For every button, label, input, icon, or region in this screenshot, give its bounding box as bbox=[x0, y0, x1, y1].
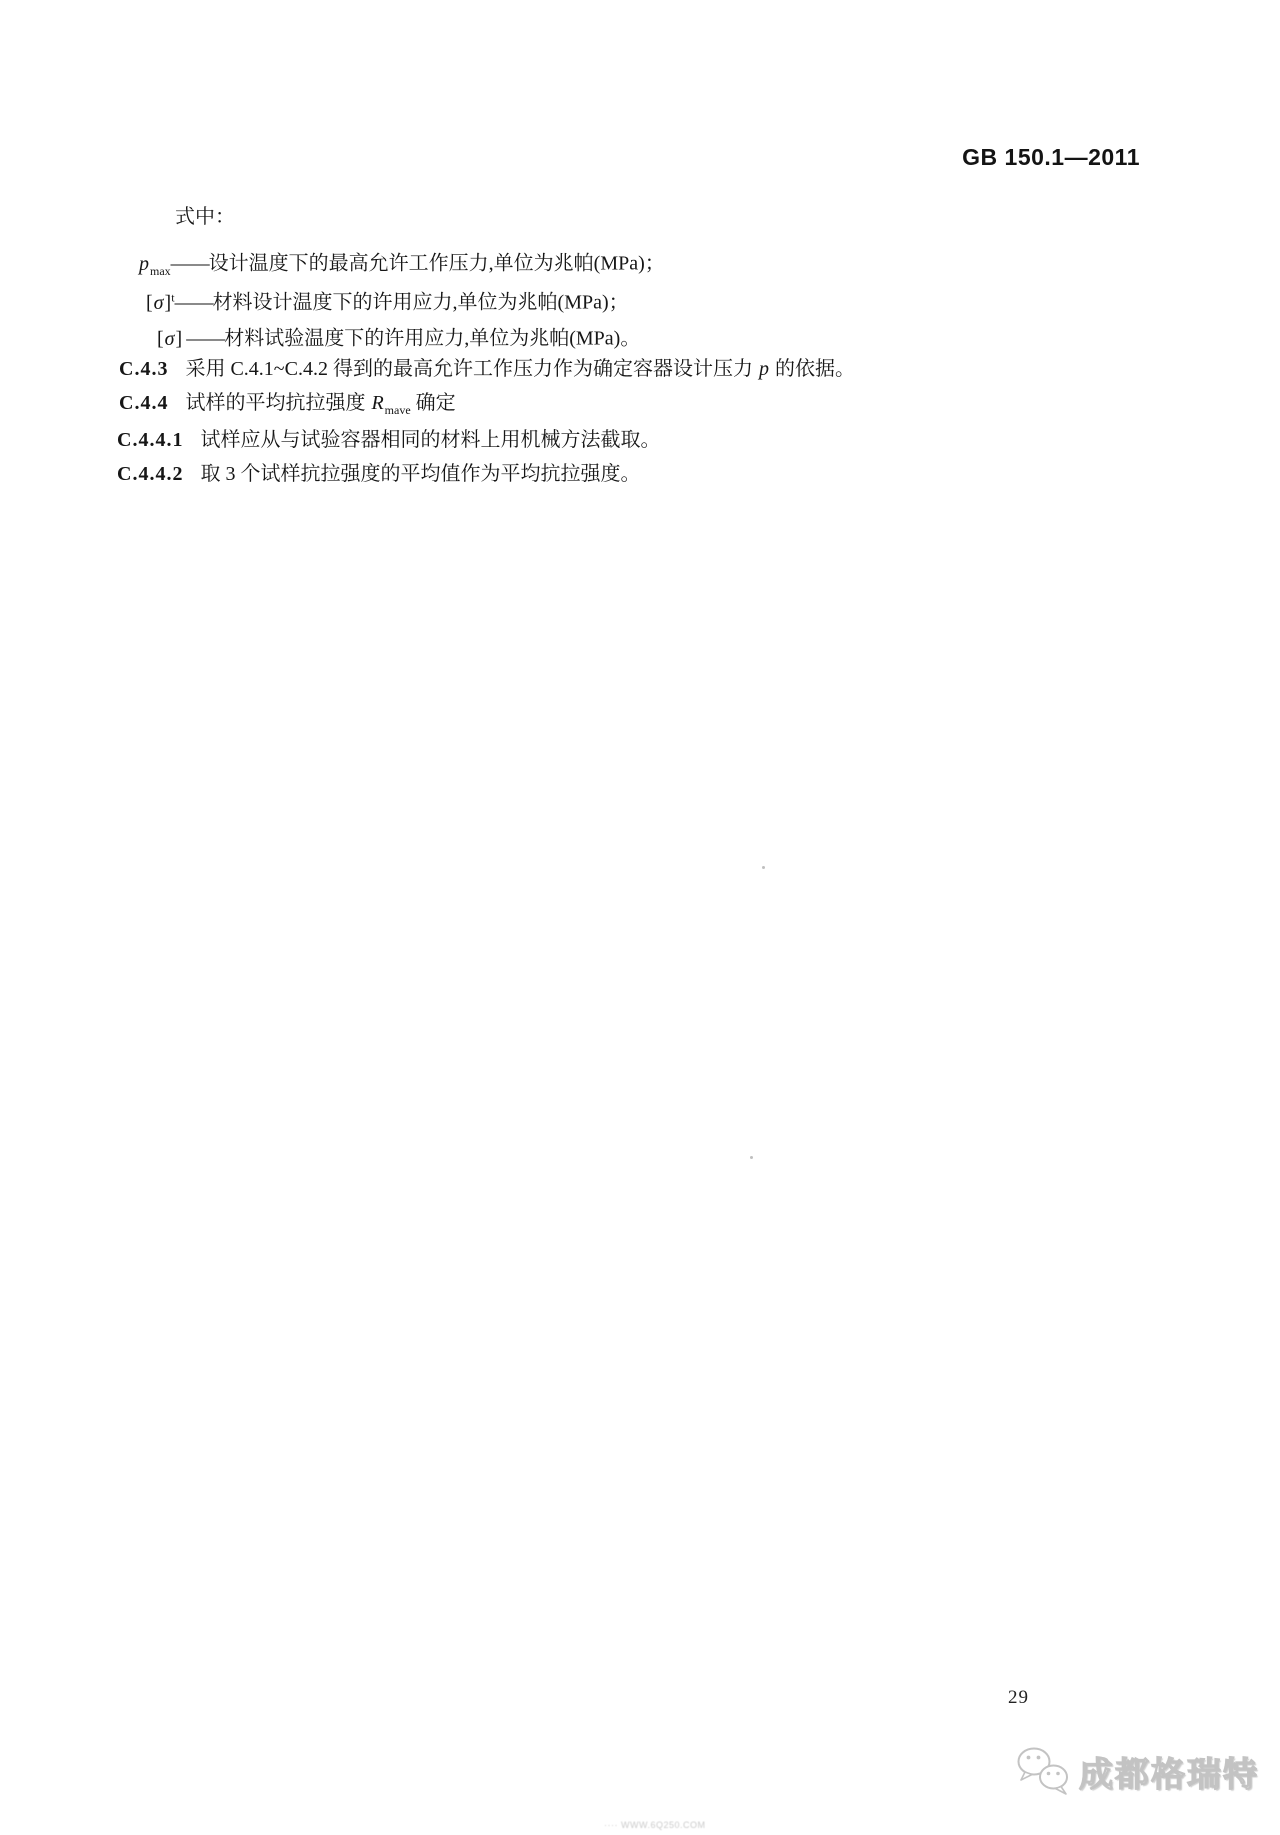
symbol-letter: σ bbox=[164, 328, 176, 350]
clause-symbol: p bbox=[758, 358, 770, 380]
clause-c44: C.4.4试样的平均抗拉强度 Rmave 确定 bbox=[119, 390, 456, 423]
symbol-letter: p bbox=[138, 253, 150, 275]
clause-number: C.4.4.2 bbox=[117, 463, 183, 485]
clause-number: C.4.4.1 bbox=[117, 429, 183, 451]
clause-c442: C.4.4.2取 3 个试样抗拉强度的平均值作为平均抗拉强度。 bbox=[117, 461, 642, 494]
standard-number: GB 150.1—2011 bbox=[0, 144, 1140, 171]
clause-text: 取 3 个试样抗拉强度的平均值作为平均抗拉强度。 bbox=[200, 463, 640, 485]
clause-number: C.4.3 bbox=[119, 358, 168, 380]
symbol-letter: σ bbox=[153, 292, 165, 314]
formula-intro-label: 式中： bbox=[175, 204, 235, 230]
clause-text: 试样的平均抗拉强度 bbox=[185, 392, 370, 414]
symbol-subscript: max bbox=[150, 264, 171, 278]
definition-dash: —— bbox=[171, 253, 209, 275]
definition-dash: —— bbox=[182, 328, 224, 350]
clause-text: 试样应从与试验容器相同的材料上用机械方法截取。 bbox=[200, 429, 660, 451]
definition-pmax: pmax——设计温度下的最高允许工作压力,单位为兆帕(MPa)； bbox=[138, 245, 665, 284]
ink-speck bbox=[750, 1156, 753, 1159]
definition-dash: —— bbox=[175, 292, 213, 314]
brand-name: 成都格瑞特 bbox=[1079, 1747, 1259, 1796]
clause-symbol bbox=[660, 429, 662, 451]
symbol-sigma: [σ] bbox=[157, 328, 182, 350]
clause-text: 采用 C.4.1~C.4.2 得到的最高允许工作压力作为确定容器设计压力 bbox=[185, 358, 758, 380]
clause-c441: C.4.4.1试样应从与试验容器相同的材料上用机械方法截取。 bbox=[117, 427, 662, 460]
brand-watermark: 成都格瑞特 bbox=[1016, 1746, 1259, 1796]
clause-symbol bbox=[640, 463, 642, 485]
clause-text: 的依据。 bbox=[770, 358, 855, 380]
symbol-pmax: pmax bbox=[138, 253, 171, 275]
page-number: 29 bbox=[1008, 1687, 1029, 1709]
symbol-bracket: [ bbox=[157, 328, 164, 350]
definition-text: 材料试验温度下的许用应力,单位为兆帕(MPa)。 bbox=[224, 328, 640, 350]
clause-symbol: R bbox=[370, 392, 384, 414]
symbol-bracket: [ bbox=[146, 292, 153, 314]
definition-text: 材料设计温度下的许用应力,单位为兆帕(MPa)； bbox=[213, 292, 629, 314]
definition-sigma: [σ] ——材料试验温度下的许用应力,单位为兆帕(MPa)。 bbox=[157, 320, 640, 359]
clause-text: 确定 bbox=[411, 392, 456, 414]
ink-speck bbox=[762, 866, 765, 869]
definition-text: 设计温度下的最高允许工作压力,单位为兆帕(MPa)； bbox=[209, 253, 665, 275]
clause-c43: C.4.3采用 C.4.1~C.4.2 得到的最高允许工作压力作为确定容器设计压… bbox=[119, 356, 855, 389]
clause-symbol-subscript: mave bbox=[385, 403, 411, 417]
bottom-watermark-text: ···· WWW.6Q250.COM bbox=[604, 1820, 706, 1830]
clause-number: C.4.4 bbox=[119, 392, 168, 414]
wechat-icon bbox=[1016, 1746, 1072, 1796]
symbol-sigma-t: [σ]t bbox=[146, 292, 175, 314]
definition-sigma-t: [σ]t——材料设计温度下的许用应力,单位为兆帕(MPa)； bbox=[146, 284, 629, 323]
document-page: GB 150.1—2011 式中： pmax——设计温度下的最高允许工作压力,单… bbox=[0, 0, 1280, 1835]
